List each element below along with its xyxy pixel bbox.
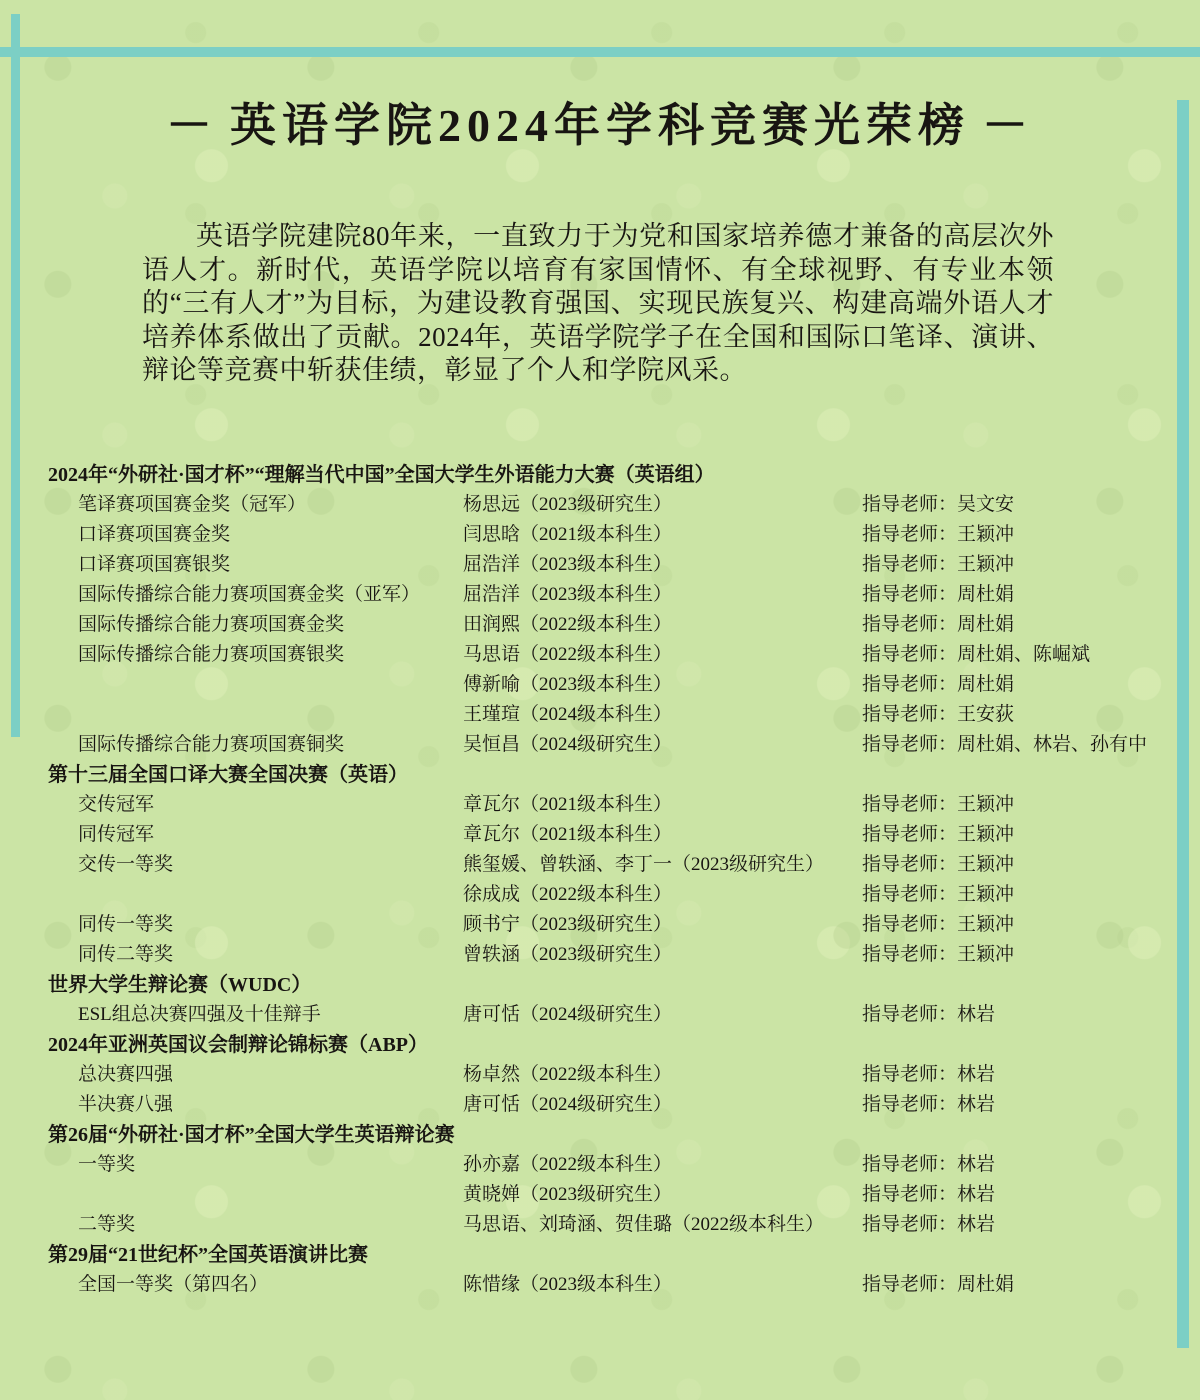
award-name-cell bbox=[48, 1180, 463, 1210]
award-name-cell: 同传冠军 bbox=[48, 820, 463, 850]
award-row: 王瑾瑄（2024级本科生）指导老师：王安荻 bbox=[48, 700, 1172, 730]
page-title-text: 英语学院2024年学科竞赛光荣榜 bbox=[230, 100, 970, 151]
award-row: ESL组总决赛四强及十佳辩手唐可恬（2024级研究生）指导老师：林岩 bbox=[48, 1000, 1172, 1030]
teacher-cell: 指导老师：王颖冲 bbox=[862, 880, 1172, 910]
section-heading: 第26届“外研社·国才杯”全国大学生英语辩论赛 bbox=[48, 1120, 1172, 1150]
award-name-cell: 全国一等奖（第四名） bbox=[48, 1270, 463, 1300]
award-name-cell: 笔译赛项国赛金奖（冠军） bbox=[48, 490, 463, 520]
teacher-cell: 指导老师：王颖冲 bbox=[862, 550, 1172, 580]
teacher-cell: 指导老师：林岩 bbox=[862, 1210, 1172, 1240]
teacher-cell: 指导老师：王颖冲 bbox=[862, 850, 1172, 880]
award-name-cell bbox=[48, 880, 463, 910]
award-name-cell: 国际传播综合能力赛项国赛铜奖 bbox=[48, 730, 463, 760]
student-name-cell: 章瓦尔（2021级本科生） bbox=[463, 820, 862, 850]
teacher-cell: 指导老师：林岩 bbox=[862, 1150, 1172, 1180]
student-name-cell: 吴恒昌（2024级研究生） bbox=[463, 730, 862, 760]
award-name-cell: 交传一等奖 bbox=[48, 850, 463, 880]
page-title: －英语学院2024年学科竞赛光荣榜－ bbox=[0, 103, 1200, 149]
section-heading: 第29届“21世纪杯”全国英语演讲比赛 bbox=[48, 1240, 1172, 1270]
section-heading: 世界大学生辩论赛（WUDC） bbox=[48, 970, 1172, 1000]
award-name-cell bbox=[48, 700, 463, 730]
teacher-cell: 指导老师：周杜娟 bbox=[862, 670, 1172, 700]
award-name-cell: 国际传播综合能力赛项国赛金奖（亚军） bbox=[48, 580, 463, 610]
award-name-cell: 半决赛八强 bbox=[48, 1090, 463, 1120]
section-heading: 第十三届全国口译大赛全国决赛（英语） bbox=[48, 760, 1172, 790]
teacher-cell: 指导老师：周杜娟 bbox=[862, 580, 1172, 610]
award-row: 国际传播综合能力赛项国赛金奖田润熙（2022级本科生）指导老师：周杜娟 bbox=[48, 610, 1172, 640]
student-name-cell: 唐可恬（2024级研究生） bbox=[463, 1000, 862, 1030]
student-name-cell: 熊玺媛、曾轶涵、李丁一（2023级研究生） bbox=[463, 850, 862, 880]
teacher-cell: 指导老师：王颖冲 bbox=[862, 820, 1172, 850]
award-row: 半决赛八强唐可恬（2024级研究生）指导老师：林岩 bbox=[48, 1090, 1172, 1120]
award-row: 总决赛四强杨卓然（2022级本科生）指导老师：林岩 bbox=[48, 1060, 1172, 1090]
award-row: 徐成成（2022级本科生）指导老师：王颖冲 bbox=[48, 880, 1172, 910]
award-row: 口译赛项国赛金奖闫思晗（2021级本科生）指导老师：王颖冲 bbox=[48, 520, 1172, 550]
award-list: 2024年“外研社·国才杯”“理解当代中国”全国大学生外语能力大赛（英语组）笔译… bbox=[48, 460, 1172, 1300]
student-name-cell: 孙亦嘉（2022级本科生） bbox=[463, 1150, 862, 1180]
award-row: 国际传播综合能力赛项国赛银奖马思语（2022级本科生）指导老师：周杜娟、陈崛斌 bbox=[48, 640, 1172, 670]
top-border-line bbox=[0, 47, 1200, 57]
award-name-cell: 口译赛项国赛金奖 bbox=[48, 520, 463, 550]
title-dash-left: － bbox=[166, 100, 218, 151]
award-name-cell bbox=[48, 670, 463, 700]
award-name-cell: ESL组总决赛四强及十佳辩手 bbox=[48, 1000, 463, 1030]
award-row: 黄晓婵（2023级研究生）指导老师：林岩 bbox=[48, 1180, 1172, 1210]
teacher-cell: 指导老师：林岩 bbox=[862, 1060, 1172, 1090]
award-row: 同传二等奖曾轶涵（2023级研究生）指导老师：王颖冲 bbox=[48, 940, 1172, 970]
teacher-cell: 指导老师：吴文安 bbox=[862, 490, 1172, 520]
student-name-cell: 唐可恬（2024级研究生） bbox=[463, 1090, 862, 1120]
right-border-line bbox=[1177, 100, 1189, 1348]
award-name-cell: 总决赛四强 bbox=[48, 1060, 463, 1090]
intro-paragraph: 英语学院建院80年来，一直致力于为党和国家培养德才兼备的高层次外语人才。新时代，… bbox=[142, 220, 1054, 388]
student-name-cell: 杨思远（2023级研究生） bbox=[463, 490, 862, 520]
teacher-cell: 指导老师：林岩 bbox=[862, 1180, 1172, 1210]
award-name-cell: 国际传播综合能力赛项国赛金奖 bbox=[48, 610, 463, 640]
award-name-cell: 二等奖 bbox=[48, 1210, 463, 1240]
award-row: 国际传播综合能力赛项国赛金奖（亚军）屈浩洋（2023级本科生）指导老师：周杜娟 bbox=[48, 580, 1172, 610]
teacher-cell: 指导老师：林岩 bbox=[862, 1000, 1172, 1030]
student-name-cell: 田润熙（2022级本科生） bbox=[463, 610, 862, 640]
student-name-cell: 屈浩洋（2023级本科生） bbox=[463, 550, 862, 580]
student-name-cell: 徐成成（2022级本科生） bbox=[463, 880, 862, 910]
award-name-cell: 交传冠军 bbox=[48, 790, 463, 820]
student-name-cell: 马思语（2022级本科生） bbox=[463, 640, 862, 670]
student-name-cell: 杨卓然（2022级本科生） bbox=[463, 1060, 862, 1090]
student-name-cell: 傅新喻（2023级本科生） bbox=[463, 670, 862, 700]
student-name-cell: 马思语、刘琦涵、贺佳璐（2022级本科生） bbox=[463, 1210, 862, 1240]
award-name-cell: 同传二等奖 bbox=[48, 940, 463, 970]
award-name-cell: 国际传播综合能力赛项国赛银奖 bbox=[48, 640, 463, 670]
title-dash-right: － bbox=[982, 100, 1034, 151]
teacher-cell: 指导老师：王颖冲 bbox=[862, 910, 1172, 940]
student-name-cell: 陈惜缘（2023级本科生） bbox=[463, 1270, 862, 1300]
teacher-cell: 指导老师：周杜娟、林岩、孙有中 bbox=[862, 730, 1172, 760]
teacher-cell: 指导老师：王颖冲 bbox=[862, 940, 1172, 970]
student-name-cell: 闫思晗（2021级本科生） bbox=[463, 520, 862, 550]
award-row: 同传冠军章瓦尔（2021级本科生）指导老师：王颖冲 bbox=[48, 820, 1172, 850]
student-name-cell: 曾轶涵（2023级研究生） bbox=[463, 940, 862, 970]
award-row: 全国一等奖（第四名）陈惜缘（2023级本科生）指导老师：周杜娟 bbox=[48, 1270, 1172, 1300]
teacher-cell: 指导老师：王颖冲 bbox=[862, 520, 1172, 550]
award-row: 国际传播综合能力赛项国赛铜奖吴恒昌（2024级研究生）指导老师：周杜娟、林岩、孙… bbox=[48, 730, 1172, 760]
teacher-cell: 指导老师：林岩 bbox=[862, 1090, 1172, 1120]
award-row: 二等奖马思语、刘琦涵、贺佳璐（2022级本科生）指导老师：林岩 bbox=[48, 1210, 1172, 1240]
honor-roll-poster: －英语学院2024年学科竞赛光荣榜－ 英语学院建院80年来，一直致力于为党和国家… bbox=[0, 0, 1200, 1400]
award-row: 交传一等奖熊玺媛、曾轶涵、李丁一（2023级研究生）指导老师：王颖冲 bbox=[48, 850, 1172, 880]
teacher-cell: 指导老师：周杜娟 bbox=[862, 610, 1172, 640]
award-name-cell: 一等奖 bbox=[48, 1150, 463, 1180]
award-row: 同传一等奖顾书宁（2023级研究生）指导老师：王颖冲 bbox=[48, 910, 1172, 940]
award-name-cell: 口译赛项国赛银奖 bbox=[48, 550, 463, 580]
award-row: 交传冠军章瓦尔（2021级本科生）指导老师：王颖冲 bbox=[48, 790, 1172, 820]
student-name-cell: 屈浩洋（2023级本科生） bbox=[463, 580, 862, 610]
student-name-cell: 黄晓婵（2023级研究生） bbox=[463, 1180, 862, 1210]
teacher-cell: 指导老师：周杜娟、陈崛斌 bbox=[862, 640, 1172, 670]
section-heading: 2024年亚洲英国议会制辩论锦标赛（ABP） bbox=[48, 1030, 1172, 1060]
student-name-cell: 王瑾瑄（2024级本科生） bbox=[463, 700, 862, 730]
teacher-cell: 指导老师：王安荻 bbox=[862, 700, 1172, 730]
award-row: 一等奖孙亦嘉（2022级本科生）指导老师：林岩 bbox=[48, 1150, 1172, 1180]
teacher-cell: 指导老师：周杜娟 bbox=[862, 1270, 1172, 1300]
student-name-cell: 顾书宁（2023级研究生） bbox=[463, 910, 862, 940]
award-row: 傅新喻（2023级本科生）指导老师：周杜娟 bbox=[48, 670, 1172, 700]
teacher-cell: 指导老师：王颖冲 bbox=[862, 790, 1172, 820]
section-heading: 2024年“外研社·国才杯”“理解当代中国”全国大学生外语能力大赛（英语组） bbox=[48, 460, 1172, 490]
award-row: 笔译赛项国赛金奖（冠军）杨思远（2023级研究生）指导老师：吴文安 bbox=[48, 490, 1172, 520]
award-name-cell: 同传一等奖 bbox=[48, 910, 463, 940]
student-name-cell: 章瓦尔（2021级本科生） bbox=[463, 790, 862, 820]
award-row: 口译赛项国赛银奖屈浩洋（2023级本科生）指导老师：王颖冲 bbox=[48, 550, 1172, 580]
